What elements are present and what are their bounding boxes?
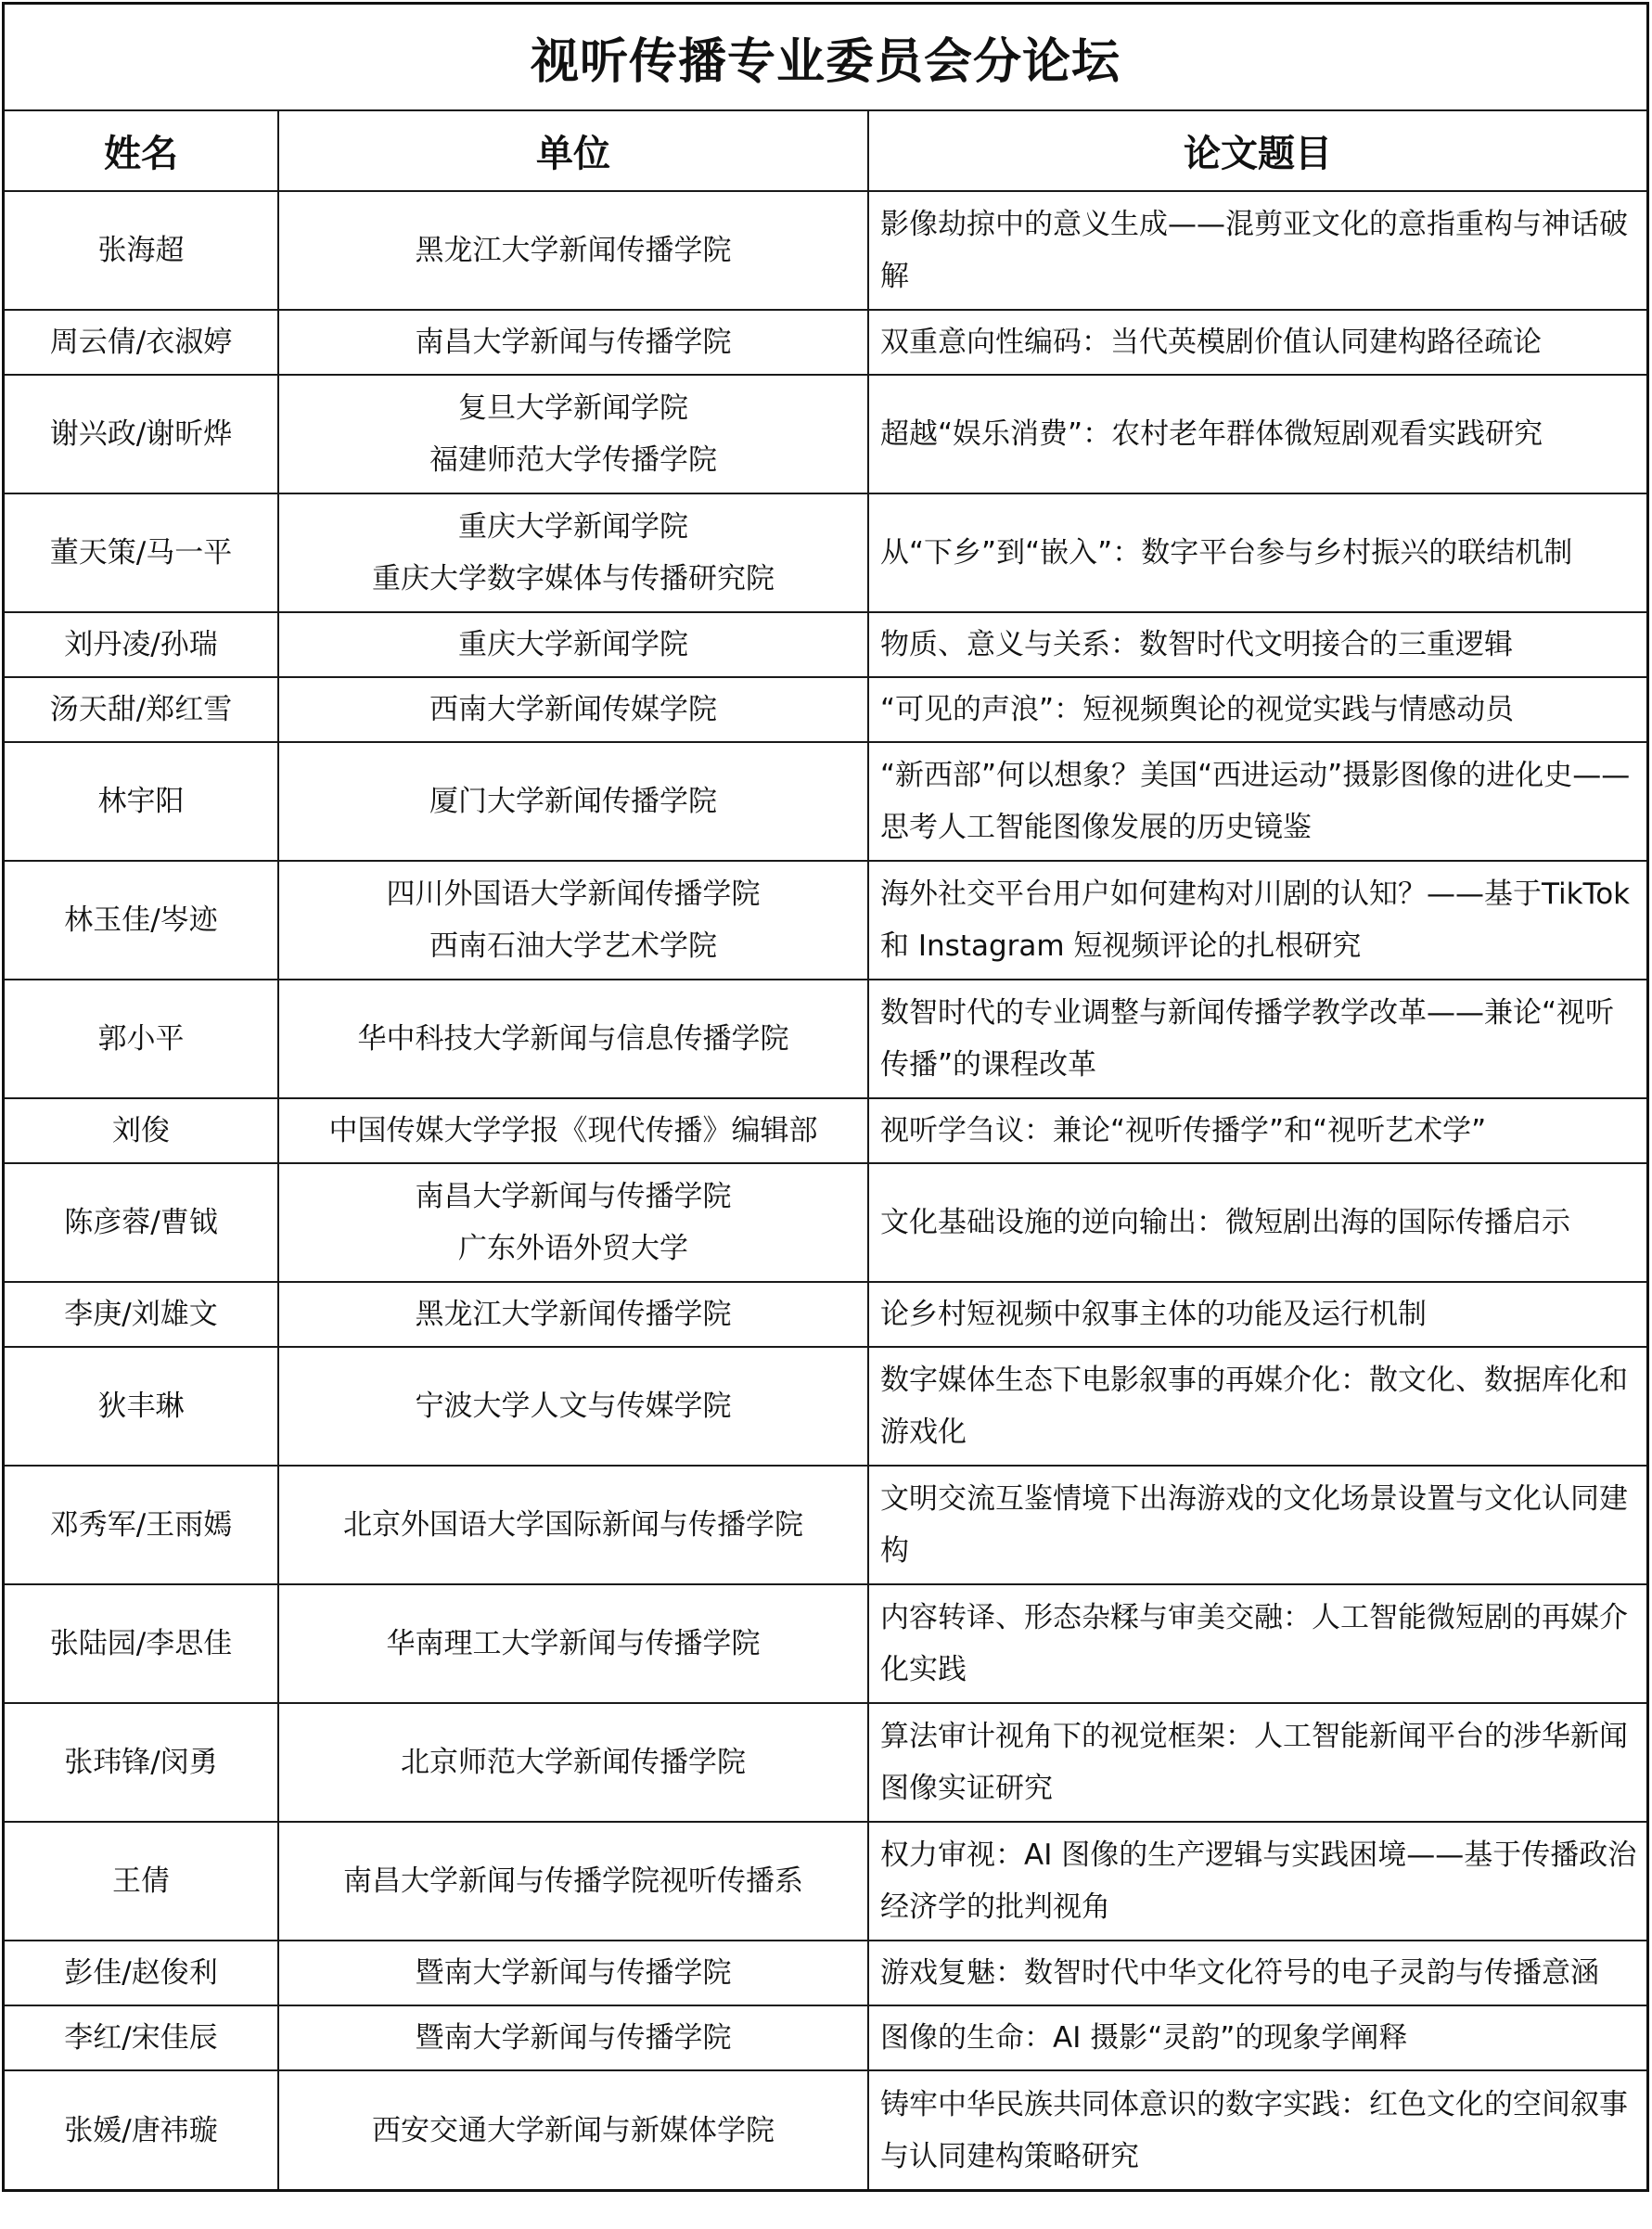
paper-title-cell: “新西部”何以想象？美国“西进运动”摄影图像的进化史——思考人工智能图像发展的历…	[868, 742, 1646, 861]
affiliation-cell: 南昌大学新闻与传播学院视听传播系	[278, 1822, 868, 1941]
table-row: 林宇阳厦门大学新闻传播学院“新西部”何以想象？美国“西进运动”摄影图像的进化史—…	[5, 742, 1646, 861]
affiliation-line: 南昌大学新闻与传播学院	[279, 1171, 867, 1223]
author-name-cell: 刘丹凌/孙瑞	[5, 612, 278, 677]
table-row: 狄丰琳宁波大学人文与传媒学院数字媒体生态下电影叙事的再媒介化：散文化、数据库化和…	[5, 1347, 1646, 1466]
forum-schedule-sheet: 视听传播专业委员会分论坛 姓名 单位 论文题目 张海超黑龙江大学新闻传播学院影像…	[2, 2, 1649, 2192]
affiliation-line: 西南大学新闻传媒学院	[279, 684, 867, 736]
affiliation-line: 西安交通大学新闻与新媒体学院	[279, 2105, 867, 2157]
table-row: 汤天甜/郑红雪西南大学新闻传媒学院“可见的声浪”：短视频舆论的视觉实践与情感动员	[5, 677, 1646, 742]
table-row: 林玉佳/岑迹四川外国语大学新闻传播学院西南石油大学艺术学院海外社交平台用户如何建…	[5, 861, 1646, 980]
affiliation-cell: 南昌大学新闻与传播学院广东外语外贸大学	[278, 1163, 868, 1282]
affiliation-line: 宁波大学人文与传媒学院	[279, 1380, 867, 1432]
author-name-cell: 郭小平	[5, 980, 278, 1098]
author-name-cell: 张陆园/李思佳	[5, 1584, 278, 1703]
column-header-name: 姓名	[5, 110, 278, 191]
author-name-cell: 彭佳/赵俊利	[5, 1941, 278, 2005]
affiliation-line: 南昌大学新闻与传播学院	[279, 316, 867, 368]
affiliation-cell: 华南理工大学新闻与传播学院	[278, 1584, 868, 1703]
affiliation-line: 福建师范大学传播学院	[279, 434, 867, 486]
affiliation-cell: 黑龙江大学新闻传播学院	[278, 191, 868, 310]
table-row: 李庚/刘雄文黑龙江大学新闻传播学院论乡村短视频中叙事主体的功能及运行机制	[5, 1282, 1646, 1347]
affiliation-cell: 西安交通大学新闻与新媒体学院	[278, 2070, 868, 2189]
paper-title-cell: 数智时代的专业调整与新闻传播学教学改革——兼论“视听传播”的课程改革	[868, 980, 1646, 1098]
paper-title-cell: 数字媒体生态下电影叙事的再媒介化：散文化、数据库化和游戏化	[868, 1347, 1646, 1466]
table-row: 张陆园/李思佳华南理工大学新闻与传播学院内容转译、形态杂糅与审美交融：人工智能微…	[5, 1584, 1646, 1703]
table-row: 张玮锋/闵勇北京师范大学新闻传播学院算法审计视角下的视觉框架：人工智能新闻平台的…	[5, 1703, 1646, 1822]
paper-title-cell: 视听学刍议：兼论“视听传播学”和“视听艺术学”	[868, 1098, 1646, 1163]
affiliation-line: 黑龙江大学新闻传播学院	[279, 224, 867, 276]
affiliation-cell: 黑龙江大学新闻传播学院	[278, 1282, 868, 1347]
table-row: 李红/宋佳辰暨南大学新闻与传播学院图像的生命：AI 摄影“灵韵”的现象学阐释	[5, 2005, 1646, 2070]
column-header-unit: 单位	[278, 110, 868, 191]
affiliation-cell: 重庆大学新闻学院	[278, 612, 868, 677]
author-name-cell: 董天策/马一平	[5, 493, 278, 612]
paper-title-cell: 算法审计视角下的视觉框架：人工智能新闻平台的涉华新闻图像实证研究	[868, 1703, 1646, 1822]
affiliation-cell: 宁波大学人文与传媒学院	[278, 1347, 868, 1466]
table-row: 谢兴政/谢昕烨复旦大学新闻学院福建师范大学传播学院超越“娱乐消费”：农村老年群体…	[5, 375, 1646, 493]
author-name-cell: 王倩	[5, 1822, 278, 1941]
affiliation-cell: 北京外国语大学国际新闻与传播学院	[278, 1466, 868, 1584]
table-row: 刘俊中国传媒大学学报《现代传播》编辑部视听学刍议：兼论“视听传播学”和“视听艺术…	[5, 1098, 1646, 1163]
table-row: 郭小平华中科技大学新闻与信息传播学院数智时代的专业调整与新闻传播学教学改革——兼…	[5, 980, 1646, 1098]
affiliation-line: 北京外国语大学国际新闻与传播学院	[279, 1499, 867, 1551]
table-row: 陈彦蓉/曹钺南昌大学新闻与传播学院广东外语外贸大学文化基础设施的逆向输出：微短剧…	[5, 1163, 1646, 1282]
forum-table: 视听传播专业委员会分论坛 姓名 单位 论文题目 张海超黑龙江大学新闻传播学院影像…	[5, 5, 1646, 2189]
table-row: 张媛/唐祎璇西安交通大学新闻与新媒体学院铸牢中华民族共同体意识的数字实践：红色文…	[5, 2070, 1646, 2189]
author-name-cell: 刘俊	[5, 1098, 278, 1163]
paper-title-cell: 内容转译、形态杂糅与审美交融：人工智能微短剧的再媒介化实践	[868, 1584, 1646, 1703]
affiliation-line: 华中科技大学新闻与信息传播学院	[279, 1013, 867, 1065]
author-name-cell: 周云倩/衣淑婷	[5, 310, 278, 375]
author-name-cell: 张媛/唐祎璇	[5, 2070, 278, 2189]
paper-title-cell: 双重意向性编码：当代英模剧价值认同建构路径疏论	[868, 310, 1646, 375]
affiliation-cell: 暨南大学新闻与传播学院	[278, 1941, 868, 2005]
affiliation-cell: 华中科技大学新闻与信息传播学院	[278, 980, 868, 1098]
affiliation-cell: 西南大学新闻传媒学院	[278, 677, 868, 742]
affiliation-line: 厦门大学新闻传播学院	[279, 775, 867, 827]
table-header-row: 姓名 单位 论文题目	[5, 110, 1646, 191]
affiliation-cell: 暨南大学新闻与传播学院	[278, 2005, 868, 2070]
paper-title-cell: “可见的声浪”：短视频舆论的视觉实践与情感动员	[868, 677, 1646, 742]
affiliation-line: 华南理工大学新闻与传播学院	[279, 1618, 867, 1670]
table-row: 张海超黑龙江大学新闻传播学院影像劫掠中的意义生成——混剪亚文化的意指重构与神话破…	[5, 191, 1646, 310]
author-name-cell: 李庚/刘雄文	[5, 1282, 278, 1347]
affiliation-line: 重庆大学新闻学院	[279, 619, 867, 671]
affiliation-line: 北京师范大学新闻传播学院	[279, 1736, 867, 1788]
author-name-cell: 狄丰琳	[5, 1347, 278, 1466]
paper-title-cell: 从“下乡”到“嵌入”：数字平台参与乡村振兴的联结机制	[868, 493, 1646, 612]
affiliation-line: 复旦大学新闻学院	[279, 382, 867, 434]
table-row: 邓秀军/王雨嫣北京外国语大学国际新闻与传播学院文明交流互鉴情境下出海游戏的文化场…	[5, 1466, 1646, 1584]
affiliation-line: 广东外语外贸大学	[279, 1223, 867, 1275]
affiliation-cell: 厦门大学新闻传播学院	[278, 742, 868, 861]
paper-title-cell: 影像劫掠中的意义生成——混剪亚文化的意指重构与神话破解	[868, 191, 1646, 310]
table-row: 董天策/马一平重庆大学新闻学院重庆大学数字媒体与传播研究院从“下乡”到“嵌入”：…	[5, 493, 1646, 612]
table-row: 王倩南昌大学新闻与传播学院视听传播系权力审视：AI 图像的生产逻辑与实践困境——…	[5, 1822, 1646, 1941]
table-row: 彭佳/赵俊利暨南大学新闻与传播学院游戏复魅：数智时代中华文化符号的电子灵韵与传播…	[5, 1941, 1646, 2005]
paper-title-cell: 铸牢中华民族共同体意识的数字实践：红色文化的空间叙事与认同建构策略研究	[868, 2070, 1646, 2189]
affiliation-line: 重庆大学数字媒体与传播研究院	[279, 553, 867, 605]
paper-title-cell: 论乡村短视频中叙事主体的功能及运行机制	[868, 1282, 1646, 1347]
affiliation-cell: 四川外国语大学新闻传播学院西南石油大学艺术学院	[278, 861, 868, 980]
author-name-cell: 邓秀军/王雨嫣	[5, 1466, 278, 1584]
affiliation-line: 暨南大学新闻与传播学院	[279, 2012, 867, 2064]
paper-title-cell: 超越“娱乐消费”：农村老年群体微短剧观看实践研究	[868, 375, 1646, 493]
author-name-cell: 谢兴政/谢昕烨	[5, 375, 278, 493]
affiliation-line: 重庆大学新闻学院	[279, 501, 867, 553]
table-row: 刘丹凌/孙瑞重庆大学新闻学院物质、意义与关系：数智时代文明接合的三重逻辑	[5, 612, 1646, 677]
affiliation-line: 中国传媒大学学报《现代传播》编辑部	[279, 1105, 867, 1157]
paper-title-cell: 图像的生命：AI 摄影“灵韵”的现象学阐释	[868, 2005, 1646, 2070]
paper-title-cell: 游戏复魅：数智时代中华文化符号的电子灵韵与传播意涵	[868, 1941, 1646, 2005]
affiliation-line: 四川外国语大学新闻传播学院	[279, 868, 867, 920]
author-name-cell: 林宇阳	[5, 742, 278, 861]
affiliation-line: 西南石油大学艺术学院	[279, 920, 867, 972]
paper-title-cell: 权力审视：AI 图像的生产逻辑与实践困境——基于传播政治经济学的批判视角	[868, 1822, 1646, 1941]
table-row: 周云倩/衣淑婷南昌大学新闻与传播学院双重意向性编码：当代英模剧价值认同建构路径疏…	[5, 310, 1646, 375]
paper-title-cell: 文明交流互鉴情境下出海游戏的文化场景设置与文化认同建构	[868, 1466, 1646, 1584]
affiliation-cell: 重庆大学新闻学院重庆大学数字媒体与传播研究院	[278, 493, 868, 612]
affiliation-cell: 北京师范大学新闻传播学院	[278, 1703, 868, 1822]
paper-title-cell: 物质、意义与关系：数智时代文明接合的三重逻辑	[868, 612, 1646, 677]
affiliation-line: 黑龙江大学新闻传播学院	[279, 1288, 867, 1340]
affiliation-line: 南昌大学新闻与传播学院视听传播系	[279, 1855, 867, 1907]
affiliation-cell: 中国传媒大学学报《现代传播》编辑部	[278, 1098, 868, 1163]
author-name-cell: 林玉佳/岑迹	[5, 861, 278, 980]
author-name-cell: 张海超	[5, 191, 278, 310]
column-header-paper-title: 论文题目	[868, 110, 1646, 191]
author-name-cell: 陈彦蓉/曹钺	[5, 1163, 278, 1282]
affiliation-cell: 南昌大学新闻与传播学院	[278, 310, 868, 375]
paper-title-cell: 文化基础设施的逆向输出：微短剧出海的国际传播启示	[868, 1163, 1646, 1282]
author-name-cell: 李红/宋佳辰	[5, 2005, 278, 2070]
paper-title-cell: 海外社交平台用户如何建构对川剧的认知？——基于TikTok 和 Instagra…	[868, 861, 1646, 980]
affiliation-cell: 复旦大学新闻学院福建师范大学传播学院	[278, 375, 868, 493]
affiliation-line: 暨南大学新闻与传播学院	[279, 1947, 867, 1999]
page-title: 视听传播专业委员会分论坛	[5, 5, 1646, 110]
author-name-cell: 汤天甜/郑红雪	[5, 677, 278, 742]
author-name-cell: 张玮锋/闵勇	[5, 1703, 278, 1822]
